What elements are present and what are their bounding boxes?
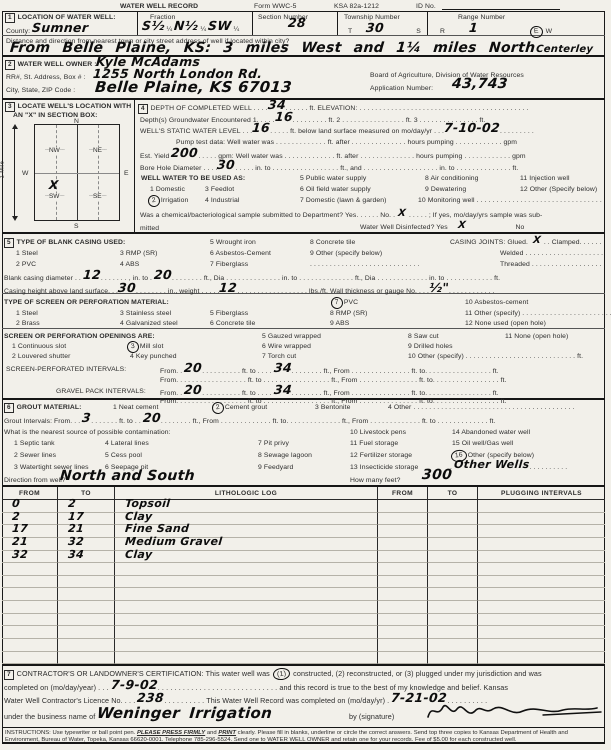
option: 4 Key punched bbox=[130, 352, 177, 361]
option: 7 Pit privy bbox=[258, 439, 289, 448]
ne-quadrant-label: NE bbox=[88, 147, 107, 154]
section-number-box: 4 bbox=[138, 104, 148, 114]
est-yield-value: 200 bbox=[171, 149, 199, 157]
table-empty-cell bbox=[428, 601, 478, 614]
table-cell: 21 bbox=[58, 525, 115, 538]
option: 9 ABS bbox=[330, 319, 349, 328]
option: 12 None used (open hole) bbox=[465, 319, 546, 328]
township-value: 30 bbox=[366, 24, 385, 32]
table-empty-cell bbox=[378, 652, 428, 665]
table-cell bbox=[428, 500, 478, 513]
s-label: S bbox=[416, 28, 421, 35]
table-empty-cell bbox=[428, 588, 478, 601]
grout-intervals-line: Grout Intervals: From. . . 3. . . . . . … bbox=[4, 415, 495, 426]
table-empty-cell bbox=[2, 639, 58, 652]
circle-annotation: 2 bbox=[211, 401, 224, 414]
option: 8 Sewage lagoon bbox=[258, 451, 312, 460]
option-pvc-selected: 7PVC bbox=[330, 298, 358, 307]
option: 8 Concrete tile bbox=[310, 238, 355, 247]
table-empty-cell bbox=[378, 588, 428, 601]
township-line: T30S bbox=[348, 25, 421, 36]
screen-from-value: 20 bbox=[184, 364, 203, 372]
table-empty-cell bbox=[115, 639, 378, 652]
instructions-box: INSTRUCTIONS: Use typewriter or ball poi… bbox=[2, 727, 605, 744]
col-header: FROM bbox=[2, 487, 58, 500]
grout-to-value: 20 bbox=[143, 414, 162, 422]
glued-x-mark: X bbox=[533, 237, 542, 245]
option: 4 Lateral lines bbox=[105, 439, 149, 448]
well-depth-value: 34 bbox=[267, 101, 286, 109]
table-empty-cell bbox=[115, 626, 378, 639]
col-divider bbox=[337, 11, 338, 35]
table-empty-cell bbox=[58, 626, 115, 639]
table-cell bbox=[478, 513, 605, 526]
option: 1 Septic tank bbox=[14, 439, 55, 448]
bore-diameter-line: Bore Hole Diameter . . . .30. . . . . in… bbox=[140, 162, 518, 173]
option: 1 Steel bbox=[16, 309, 38, 318]
option: 2 Brass bbox=[16, 319, 40, 328]
option: 6 Concrete tile bbox=[210, 319, 255, 328]
option: 7 Fiberglass bbox=[210, 260, 248, 269]
table-cell bbox=[378, 525, 428, 538]
owner-label: WATER WELL OWNER : bbox=[18, 61, 97, 68]
section-number-box: 2 bbox=[5, 60, 15, 70]
option: 11 None (open hole) bbox=[505, 332, 568, 341]
certification-line-1: 7CONTRACTOR'S OR LANDOWNER'S CERTIFICATI… bbox=[4, 669, 542, 680]
no-x-mark: X bbox=[398, 210, 407, 218]
form-number: Form WWC-5 bbox=[254, 2, 297, 11]
table-cell: Topsoil bbox=[115, 500, 378, 513]
option: 5 Wrought iron bbox=[210, 238, 256, 247]
col-header: FROM bbox=[378, 487, 428, 500]
other-blank-dots: . . . . . . . . . . . . . . . . . . . . … bbox=[310, 260, 419, 269]
print-emphasis: PRINT bbox=[218, 730, 236, 736]
col-header: TO bbox=[428, 487, 478, 500]
table-empty-cell bbox=[58, 601, 115, 614]
option: 4 ABS bbox=[120, 260, 139, 269]
option: 9 Drilled holes bbox=[408, 342, 453, 351]
option: 9 Other (specify below) bbox=[310, 249, 382, 258]
table-cell bbox=[378, 551, 428, 564]
form-title: WATER WELL RECORD bbox=[120, 2, 198, 11]
section3-title-2: AN "X" IN SECTION BOX: bbox=[13, 111, 98, 120]
table-empty-cell bbox=[478, 626, 605, 639]
gravel-from-value: 20 bbox=[184, 386, 203, 394]
option: 10 Other (specify) . . . . . . . . . . .… bbox=[408, 352, 583, 361]
table-cell bbox=[428, 551, 478, 564]
option: 3 RMP (SR) bbox=[120, 249, 158, 258]
other-source-value: Other Wells bbox=[454, 461, 530, 469]
option: 5 Cess pool bbox=[105, 451, 142, 460]
option: 2 PVC bbox=[16, 260, 36, 269]
casing-diameter-line: Blank casing diameter . . 12. . . . . . … bbox=[4, 272, 500, 283]
option: 12 Fertilizer storage bbox=[350, 451, 412, 460]
grout-from-value: 3 bbox=[82, 414, 92, 422]
compass-south-label: S bbox=[74, 222, 79, 231]
static-level-value: 16 bbox=[252, 124, 271, 132]
table-empty-cell bbox=[58, 576, 115, 589]
table-empty-cell bbox=[478, 652, 605, 665]
casing-title: 5TYPE OF BLANK CASING USED: bbox=[4, 238, 125, 248]
table-cell bbox=[478, 500, 605, 513]
table-empty-cell bbox=[428, 652, 478, 665]
option: 11 Fuel storage bbox=[350, 439, 398, 448]
table-empty-cell bbox=[478, 614, 605, 627]
table-empty-cell bbox=[115, 601, 378, 614]
owner-line: 2WATER WELL OWNER : bbox=[5, 60, 97, 70]
table-cell bbox=[428, 513, 478, 526]
col-header: PLUGGING INTERVALS bbox=[478, 487, 605, 500]
application-number-label: Application Number: bbox=[370, 84, 433, 93]
static-level-line: WELL'S STATIC WATER LEVEL . . .16. . . .… bbox=[140, 125, 534, 136]
yes-x-mark: X bbox=[457, 222, 466, 230]
table-empty-cell bbox=[2, 652, 58, 665]
how-many-feet-value: 300 bbox=[422, 472, 452, 483]
table-empty-cell bbox=[378, 639, 428, 652]
quarter-dashed-line bbox=[98, 125, 99, 220]
option-cement-grout-selected: 2Cement grout bbox=[211, 403, 267, 412]
option: 1 Continuous slot bbox=[12, 342, 66, 351]
openings-title: SCREEN OR PERFORATION OPENINGS ARE: bbox=[4, 332, 155, 341]
arrow-down-icon bbox=[12, 216, 18, 221]
option: 9 Feedyard bbox=[258, 463, 293, 472]
option: 2 Sewer lines bbox=[14, 451, 56, 460]
option: 12 Other (Specify below) bbox=[520, 185, 597, 194]
wall-thickness-value: ½" bbox=[429, 284, 450, 292]
table-empty-cell bbox=[115, 652, 378, 665]
option: 6 Wire wrapped bbox=[262, 342, 311, 351]
fraction-3-value: SW bbox=[208, 22, 232, 30]
table-row: 32 bbox=[2, 551, 58, 564]
press-firmly-emphasis: PLEASE PRESS FIRMLY bbox=[137, 730, 205, 736]
table-cell bbox=[428, 525, 478, 538]
direction-label: Direction from well? bbox=[4, 476, 66, 485]
option: 11 Injection well bbox=[520, 174, 570, 183]
table-cell bbox=[478, 538, 605, 551]
threaded-label: Threaded . . . . . . . . . . . . . . . .… bbox=[500, 260, 601, 269]
col-divider bbox=[252, 11, 253, 35]
circle-annotation: 7 bbox=[330, 296, 343, 309]
screen-material-title: TYPE OF SCREEN OR PERFORATION MATERIAL: bbox=[4, 298, 169, 307]
option: 10 Monitoring well . . . . . . . . . . .… bbox=[418, 196, 602, 205]
table-empty-cell bbox=[478, 588, 605, 601]
table-cell bbox=[378, 538, 428, 551]
screen-to-value: 34 bbox=[273, 364, 292, 372]
sample-submitted-cont: mitted bbox=[140, 224, 159, 233]
circle-annotation: (1) bbox=[272, 667, 290, 681]
casing-height-value: 30 bbox=[118, 284, 137, 292]
quarter-label: ¼ bbox=[234, 26, 240, 33]
col-divider bbox=[427, 11, 428, 35]
option: 1 Steel bbox=[16, 249, 38, 258]
range-value: 1 bbox=[469, 24, 479, 32]
table-empty-cell bbox=[2, 614, 58, 627]
option: 10 Asbestos-cement bbox=[465, 298, 528, 307]
option: 9 Dewatering bbox=[425, 185, 466, 194]
business-name-value: Weninger Irrigation bbox=[97, 709, 273, 717]
table-empty-cell bbox=[58, 563, 115, 576]
table-empty-cell bbox=[378, 626, 428, 639]
table-empty-cell bbox=[58, 652, 115, 665]
county-line: County: Sumner bbox=[6, 25, 88, 36]
option: 10 Livestock pens bbox=[350, 428, 406, 437]
address-label: RR#, St. Address, Box # : bbox=[6, 73, 86, 82]
table-empty-cell bbox=[2, 601, 58, 614]
section-box-diagram: NW NE SW SE X bbox=[34, 124, 120, 221]
groundwater-depth-value: 16 bbox=[274, 113, 293, 121]
instructions-line-2: Environment, Bureau of Water, Topeka, Ka… bbox=[5, 737, 602, 744]
table-cell bbox=[378, 513, 428, 526]
signature-label: by (signature) bbox=[349, 712, 394, 722]
option: 1 Domestic bbox=[150, 185, 185, 194]
se-quadrant-label: SE bbox=[88, 193, 107, 200]
screen-intervals-line: From. . 20. . . . . . . . . . ft. to . .… bbox=[160, 365, 499, 376]
fraction-line: S½ ¼ N½ ¼ SW ¼ bbox=[142, 23, 239, 34]
section3-4-divider bbox=[134, 100, 135, 234]
table-row: 17 bbox=[2, 525, 58, 538]
casing-height-line: Casing height above land surface. . .30.… bbox=[4, 285, 495, 296]
compass-east-label: E bbox=[124, 169, 129, 178]
arrow-up-icon bbox=[12, 124, 18, 129]
option: 5 Public water supply bbox=[300, 174, 366, 183]
grout-title: 6GROUT MATERIAL: bbox=[4, 403, 81, 413]
measured-date-value: 7-10-02 bbox=[444, 124, 501, 132]
table-empty-cell bbox=[378, 576, 428, 589]
inner-divider-2 bbox=[2, 328, 605, 329]
t-label: T bbox=[348, 28, 352, 35]
table-empty-cell bbox=[115, 563, 378, 576]
option: 5 Gauzed wrapped bbox=[262, 332, 321, 341]
county-value: Sumner bbox=[32, 24, 89, 32]
section-number-box: 7 bbox=[4, 670, 14, 680]
range-east-circled: E bbox=[529, 25, 543, 38]
table-empty-cell bbox=[378, 614, 428, 627]
other-source-line: . Other Wells. . . . . . . . . . bbox=[450, 462, 567, 472]
option: 8 RMP (SR) bbox=[330, 309, 368, 318]
gravel-intervals-label: GRAVEL PACK INTERVALS: bbox=[56, 387, 146, 396]
gravel-to-value: 34 bbox=[273, 386, 292, 394]
option: 4 Galvanized steel bbox=[120, 319, 178, 328]
option: 15 Oil well/Gas well bbox=[452, 439, 513, 448]
screen-intervals-blank: From. . . . . . . . . . . . . . . . . . … bbox=[160, 376, 507, 385]
option: 7 Domestic (lawn & garden) bbox=[300, 196, 386, 205]
option: 4 Industrial bbox=[205, 196, 239, 205]
option: 4 Other . . . . . . . . . . . . . . . . … bbox=[388, 403, 574, 412]
table-cell: 17 bbox=[58, 513, 115, 526]
option: 6 Oil field water supply bbox=[300, 185, 371, 194]
sw-quadrant-label: SW bbox=[44, 193, 64, 200]
litho-table: FROM TO LITHOLOGIC LOG FROM TO PLUGGING … bbox=[2, 487, 605, 666]
city-value: Belle Plaine, KS 67013 bbox=[95, 84, 292, 96]
table-empty-cell bbox=[115, 614, 378, 627]
contamination-question: What is the nearest source of possible c… bbox=[4, 428, 171, 437]
option: 14 Abandoned water well bbox=[452, 428, 530, 437]
table-cell: 34 bbox=[58, 551, 115, 564]
how-many-feet-label: How many feet? bbox=[350, 476, 401, 485]
table-row: 2 bbox=[2, 513, 58, 526]
statute-ref: KSA 82a-1212 bbox=[334, 2, 379, 11]
screen-intervals-label: SCREEN-PERFORATED INTERVALS: bbox=[6, 365, 126, 374]
option: 6 Asbestos-Cement bbox=[210, 249, 271, 258]
casing-joints-line: CASING JOINTS: Glued. X. . Clamped. . . … bbox=[450, 238, 602, 247]
instructions-line-1: INSTRUCTIONS: Use typewriter or ball poi… bbox=[5, 730, 602, 737]
table-empty-cell bbox=[378, 601, 428, 614]
table-cell bbox=[378, 500, 428, 513]
casing-weight-value: 12 bbox=[219, 284, 238, 292]
water-well-record-form: WATER WELL RECORD Form WWC-5 KSA 82a-121… bbox=[0, 0, 611, 750]
option: 8 Saw cut bbox=[408, 332, 439, 341]
table-cell: Clay bbox=[115, 551, 378, 564]
pump-test-line: Pump test data: Well water was . . . . .… bbox=[176, 138, 517, 147]
sample-submitted-line: Was a chemical/bacteriological sample su… bbox=[140, 211, 542, 220]
table-empty-cell bbox=[428, 614, 478, 627]
table-row: 21 bbox=[2, 538, 58, 551]
quarter-label: ¼ bbox=[167, 26, 173, 33]
use-title: WELL WATER TO BE USED AS: bbox=[141, 174, 245, 183]
city-label: City, State, ZIP Code : bbox=[6, 86, 75, 95]
table-empty-cell bbox=[2, 563, 58, 576]
table-empty-cell bbox=[428, 576, 478, 589]
table-empty-cell bbox=[478, 639, 605, 652]
margin-note: Centerley bbox=[536, 47, 593, 56]
table-empty-cell bbox=[478, 563, 605, 576]
section-box-center-hline bbox=[35, 173, 119, 174]
table-empty-cell bbox=[428, 639, 478, 652]
table-empty-cell bbox=[478, 576, 605, 589]
col-header: TO bbox=[58, 487, 115, 500]
id-no-label: ID No. bbox=[416, 2, 436, 11]
option: 13 Insecticide storage bbox=[350, 463, 418, 472]
business-name-line: under the business name of Weninger Irri… bbox=[4, 710, 273, 722]
option: 3 Stainless steel bbox=[120, 309, 171, 318]
compass-west-label: W bbox=[22, 169, 29, 178]
depth-line: 4DEPTH OF COMPLETED WELL . . . .34. . . … bbox=[138, 102, 528, 114]
table-empty-cell bbox=[2, 576, 58, 589]
table-cell: 2 bbox=[58, 500, 115, 513]
id-no-blank bbox=[442, 9, 560, 10]
table-empty-cell bbox=[428, 563, 478, 576]
completed-date-value: 7-9-02 bbox=[110, 681, 158, 689]
table-empty-cell bbox=[378, 563, 428, 576]
table-empty-cell bbox=[428, 626, 478, 639]
disinfected-line: Water Well Disinfected? YesXNo bbox=[360, 223, 524, 232]
county-label: County: bbox=[6, 28, 30, 35]
circle-annotation: 2 bbox=[147, 194, 160, 207]
table-empty-cell bbox=[2, 588, 58, 601]
table-empty-cell bbox=[115, 588, 378, 601]
range-line: R1EW bbox=[440, 25, 552, 36]
distance-value: From Belle Plaine, KS: 3 miles West and … bbox=[10, 45, 535, 56]
table-empty-cell bbox=[58, 639, 115, 652]
option: 11 Other (specify) . . . . . . . . . . .… bbox=[465, 309, 611, 318]
fraction-1-value: S½ bbox=[142, 22, 165, 30]
section-number-value: 28 bbox=[288, 20, 306, 31]
table-cell: Medium Gravel bbox=[115, 538, 378, 551]
table-cell: 32 bbox=[58, 538, 115, 551]
signature-scribble bbox=[425, 699, 603, 725]
range-label: Range Number bbox=[458, 13, 505, 22]
well-location-x-mark: X bbox=[49, 181, 59, 189]
r-label: R bbox=[440, 28, 445, 35]
casing-depth-value: 20 bbox=[154, 271, 173, 279]
table-row: 0 bbox=[2, 500, 58, 513]
fraction-2-value: N½ bbox=[174, 22, 199, 30]
licence-number-value: 238 bbox=[137, 694, 165, 702]
table-empty-cell bbox=[58, 614, 115, 627]
one-mile-arrow bbox=[14, 128, 15, 216]
option: 8 Air conditioning bbox=[425, 174, 479, 183]
w-label: W bbox=[546, 28, 553, 35]
groundwater-line: Depth(s) Groundwater Encountered 1. . . … bbox=[140, 114, 485, 125]
option: 3 Bentonite bbox=[315, 403, 351, 412]
table-cell bbox=[478, 525, 605, 538]
option: 2 Louvered shutter bbox=[12, 352, 70, 361]
col-divider bbox=[137, 11, 138, 35]
option: 5 Fiberglass bbox=[210, 309, 248, 318]
quarter-dashed-line bbox=[56, 125, 57, 220]
nw-quadrant-label: NW bbox=[44, 147, 65, 154]
application-number-value: 43,743 bbox=[452, 81, 508, 92]
table-cell bbox=[428, 538, 478, 551]
option: 3 Feedlot bbox=[205, 185, 234, 194]
bore-diameter-value: 30 bbox=[217, 161, 236, 169]
quarter-label: ¼ bbox=[200, 26, 206, 33]
est-yield-line: Est. Yield 200. . . . . gpm: Well water … bbox=[140, 150, 526, 161]
table-empty-cell bbox=[58, 588, 115, 601]
table-empty-cell bbox=[115, 576, 378, 589]
section-number-box: 5 bbox=[4, 238, 14, 248]
one-mile-label: 1 Mile bbox=[0, 161, 7, 179]
welded-label: Welded . . . . . . . . . . . . . . . . .… bbox=[500, 249, 603, 258]
table-empty-cell bbox=[2, 626, 58, 639]
direction-value: North and South bbox=[60, 473, 195, 484]
table-cell bbox=[478, 551, 605, 564]
casing-diameter-value: 12 bbox=[83, 271, 102, 279]
section-number-box: 1 bbox=[5, 13, 15, 23]
option-mill-slot-selected: 3Mill slot bbox=[126, 342, 163, 351]
table-empty-cell bbox=[478, 601, 605, 614]
section-number-box: 6 bbox=[4, 403, 14, 413]
option-irrigation-selected: 2Irrigation bbox=[147, 196, 188, 205]
